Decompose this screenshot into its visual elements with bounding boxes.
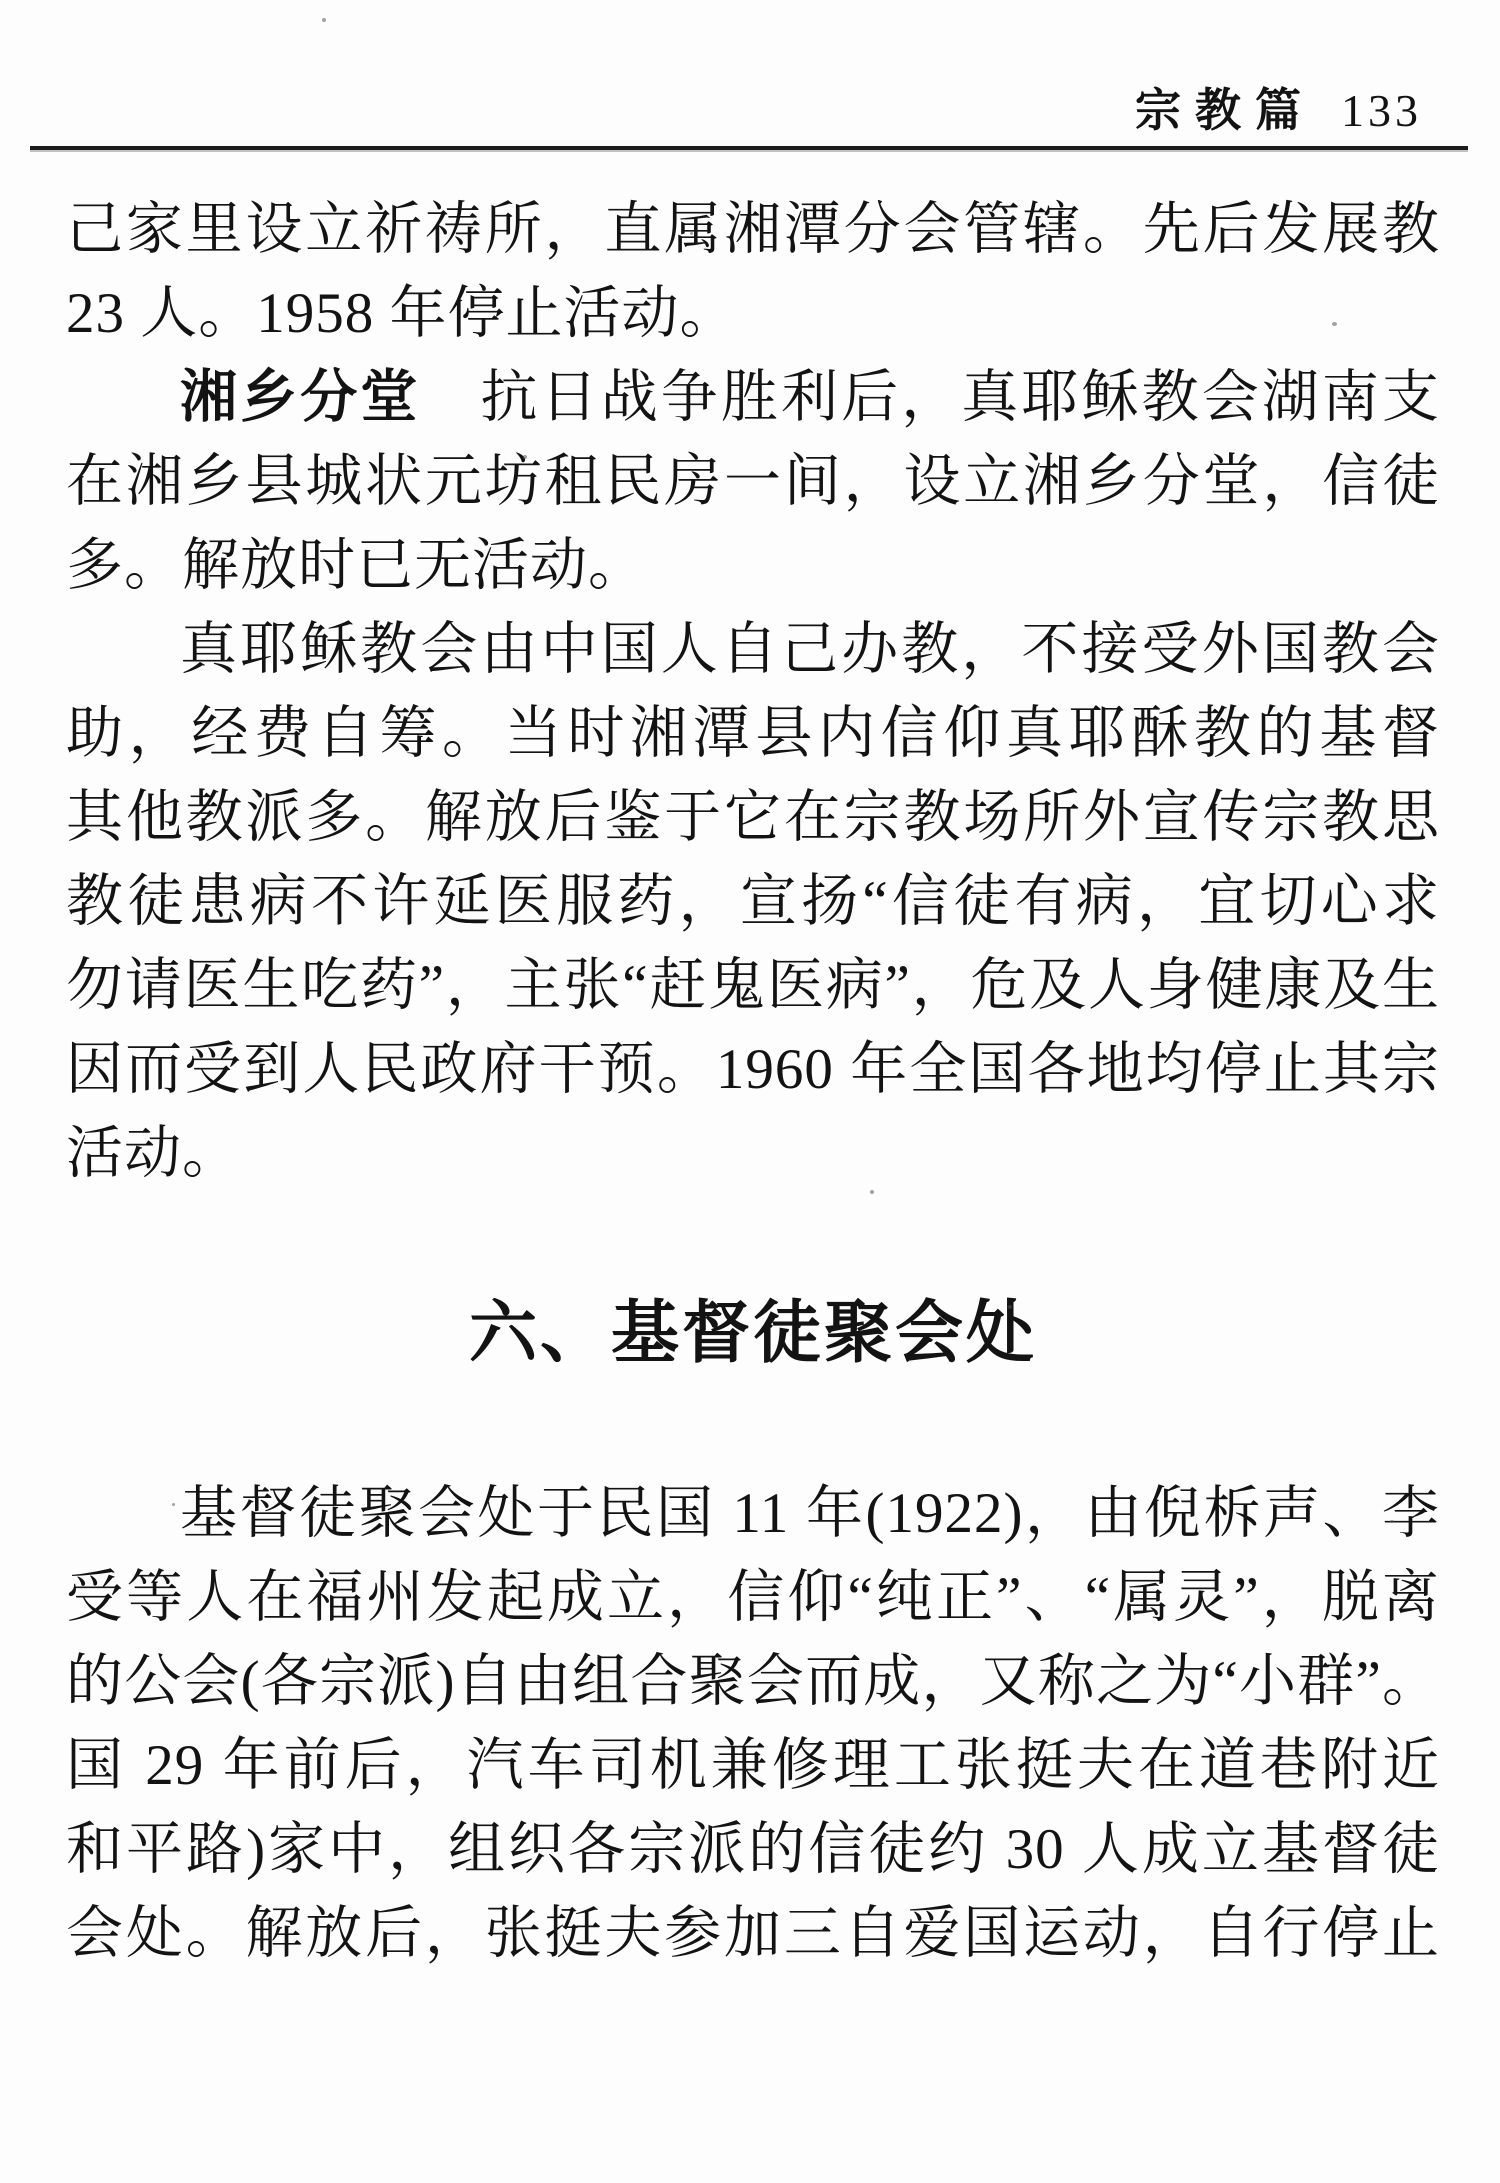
scan-speck: [1390, 1520, 1394, 1523]
text-run: 因而受到人民政府干预。1960 年全国各地均停止其宗教: [66, 1038, 1440, 1112]
text-run: 活动。: [66, 1122, 240, 1185]
text-line: 会处。解放后，张挺夫参加三自爱国运动，自行停止聚会: [66, 1892, 1440, 1976]
scanned-book-page: 宗教篇 133 己家里设立祈祷所，直属湘潭分会管辖。先后发展教徒23 人。195…: [0, 0, 1500, 2183]
text-line: 23 人。1958 年停止活动。: [66, 272, 1440, 356]
text-run: 的公会(各宗派)自由组合聚会而成，又称之为“小群”。民: [66, 1650, 1440, 1724]
text-run: 在湘乡县城状元坊租民房一间，设立湘乡分堂，信徒不: [66, 450, 1440, 524]
kai-style-run: 湘乡分堂: [180, 366, 420, 429]
paragraph: 湘乡分堂 抗日战争胜利后，真耶稣教会湖南支会在湘乡县城状元坊租民房一间，设立湘乡…: [66, 356, 1440, 608]
text-line: 基督徒聚会处于民国 11 年(1922)，由倪柝声、李常: [66, 1472, 1440, 1556]
scan-speck: [172, 1503, 175, 1506]
scan-speck: [1332, 322, 1337, 326]
text-line: 活动。: [66, 1112, 1440, 1196]
text-run: 己家里设立祈祷所，直属湘潭分会管辖。先后发展教徒: [66, 198, 1440, 272]
text-line: 其他教派多。解放后鉴于它在宗教场所外宣传宗教思想，: [66, 776, 1440, 860]
running-head-page-number: 133: [1341, 84, 1422, 137]
text-run: 23 人。1958 年停止活动。: [66, 282, 738, 345]
scan-speck: [523, 455, 527, 459]
text-line: 湘乡分堂 抗日战争胜利后，真耶稣教会湖南支会: [66, 356, 1440, 440]
header-rule: [30, 146, 1468, 150]
scan-speck: [690, 232, 693, 235]
text-run: 基督徒聚会处于民国 11 年(1922)，由倪柝声、李常: [66, 1482, 1440, 1556]
scan-speck: [322, 18, 326, 22]
section-heading: 六、基督徒聚会处: [66, 1288, 1440, 1378]
text-line: 的公会(各宗派)自由组合聚会而成，又称之为“小群”。民: [66, 1640, 1440, 1724]
text-run: 勿请医生吃药”，主张“赶鬼医病”，危及人身健康及生命，: [66, 954, 1440, 1028]
scan-speck: [870, 1190, 874, 1194]
scan-speck: [1008, 1305, 1012, 1309]
text-line: 因而受到人民政府干预。1960 年全国各地均停止其宗教: [66, 1028, 1440, 1112]
text-line: 勿请医生吃药”，主张“赶鬼医病”，危及人身健康及生命，: [66, 944, 1440, 1028]
text-column: 己家里设立祈祷所，直属湘潭分会管辖。先后发展教徒23 人。1958 年停止活动。…: [66, 188, 1440, 1976]
text-run: 助，经费自筹。当时湘潭县内信仰真耶酥教的基督徒，较: [66, 702, 1440, 776]
paragraph: 基督徒聚会处于民国 11 年(1922)，由倪柝声、李常受等人在福州发起成立，信…: [66, 1472, 1440, 1976]
text-line: 助，经费自筹。当时湘潭县内信仰真耶酥教的基督徒，较: [66, 692, 1440, 776]
text-run: 和平路)家中，组织各宗派的信徒约 30 人成立基督徒聚: [66, 1818, 1440, 1892]
running-head: 宗教篇 133: [1135, 74, 1422, 140]
text-line: 多。解放时已无活动。: [66, 524, 1440, 608]
text-run: 教徒患病不许延医服药，宣扬“信徒有病，宜切心求主，万: [66, 870, 1440, 944]
text-run: 会处。解放后，张挺夫参加三自爱国运动，自行停止聚会: [66, 1902, 1440, 1976]
text-line: 真耶稣教会由中国人自己办教，不接受外国教会扶: [66, 608, 1440, 692]
text-run: 真耶稣教会由中国人自己办教，不接受外国教会扶: [66, 618, 1440, 692]
text-line: 己家里设立祈祷所，直属湘潭分会管辖。先后发展教徒: [66, 188, 1440, 272]
text-run: 受等人在福州发起成立，信仰“纯正”、“属灵”，脱离原来: [66, 1566, 1440, 1640]
running-head-chapter: 宗教篇: [1135, 74, 1315, 140]
text-run: 国 29 年前后，汽车司机兼修理工张挺夫在道巷附近(今: [66, 1734, 1440, 1808]
text-line: 教徒患病不许延医服药，宣扬“信徒有病，宜切心求主，万: [66, 860, 1440, 944]
paragraph: 己家里设立祈祷所，直属湘潭分会管辖。先后发展教徒23 人。1958 年停止活动。: [66, 188, 1440, 356]
text-run: 多。解放时已无活动。: [66, 534, 646, 597]
text-line: 在湘乡县城状元坊租民房一间，设立湘乡分堂，信徒不: [66, 440, 1440, 524]
text-line: 和平路)家中，组织各宗派的信徒约 30 人成立基督徒聚: [66, 1808, 1440, 1892]
text-run: 其他教派多。解放后鉴于它在宗教场所外宣传宗教思想，: [66, 786, 1440, 860]
text-line: 国 29 年前后，汽车司机兼修理工张挺夫在道巷附近(今: [66, 1724, 1440, 1808]
paragraph: 真耶稣教会由中国人自己办教，不接受外国教会扶助，经费自筹。当时湘潭县内信仰真耶酥…: [66, 608, 1440, 1196]
text-line: 受等人在福州发起成立，信仰“纯正”、“属灵”，脱离原来: [66, 1556, 1440, 1640]
